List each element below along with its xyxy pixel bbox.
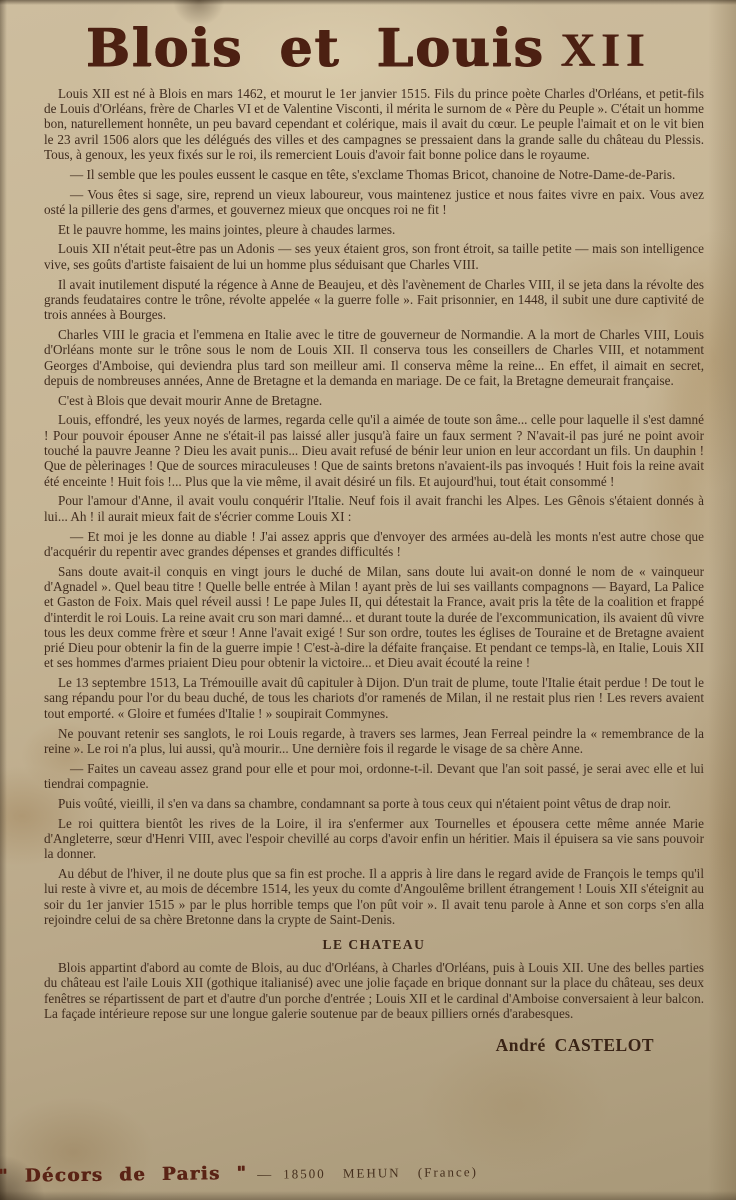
title-roman-numeral: XII [560,24,650,77]
paragraph: Charles VIII le gracia et l'emmena en It… [44,327,704,388]
paragraph: Blois appartint d'abord au comte de Bloi… [44,960,704,1021]
poster-page: Blois et LouisXII Louis XII est né à Blo… [0,0,736,1200]
publisher-footer: " Décors de Paris "—18500 MEHUN (France) [4,1160,478,1187]
paragraph: Au début de l'hiver, il ne doute plus qu… [44,866,704,927]
paragraph-list: Louis XII est né à Blois en mars 1462, e… [44,86,704,927]
author-signature: André CASTELOT [44,1035,704,1056]
publisher-brand: " Décors de Paris " [0,1163,247,1187]
paragraph: — Et moi je les donne au diable ! J'ai a… [44,529,704,560]
paragraph: Le roi quittera bientôt les rives de la … [44,816,704,862]
paragraph: — Il semble que les poules eussent le ca… [44,167,704,182]
paragraph: Pour l'amour d'Anne, il avait voulu conq… [44,493,704,524]
title-blackletter-text: Blois et Louis [86,18,545,79]
paragraph: Le 13 septembre 1513, La Trémouille avai… [44,675,704,721]
page-title: Blois et LouisXII [0,0,736,78]
paragraph: Louis XII est né à Blois en mars 1462, e… [44,86,704,162]
paragraph: Louis XII n'était peut-être pas un Adoni… [44,241,704,272]
article-body: Louis XII est né à Blois en mars 1462, e… [0,78,736,1057]
section-heading: LE CHATEAU [44,937,704,953]
paragraph: Et le pauvre homme, les mains jointes, p… [44,222,704,237]
paragraph: C'est à Blois que devait mourir Anne de … [44,393,704,408]
chateau-paragraph-list: Blois appartint d'abord au comte de Bloi… [44,960,704,1021]
footer-separator: — [257,1168,271,1183]
paragraph: Sans doute avait-il conquis en vingt jou… [44,564,704,671]
paragraph: Louis, effondré, les yeux noyés de larme… [44,412,704,488]
paragraph: — Faites un caveau assez grand pour elle… [44,761,704,792]
publisher-address: 18500 MEHUN (France) [283,1164,478,1181]
paragraph: — Vous êtes si sage, sire, reprend un vi… [44,187,704,218]
paragraph: Puis voûté, vieilli, il s'en va dans sa … [44,796,704,811]
paragraph: Il avait inutilement disputé la régence … [44,277,704,323]
paragraph: Ne pouvant retenir ses sanglots, le roi … [44,726,704,757]
